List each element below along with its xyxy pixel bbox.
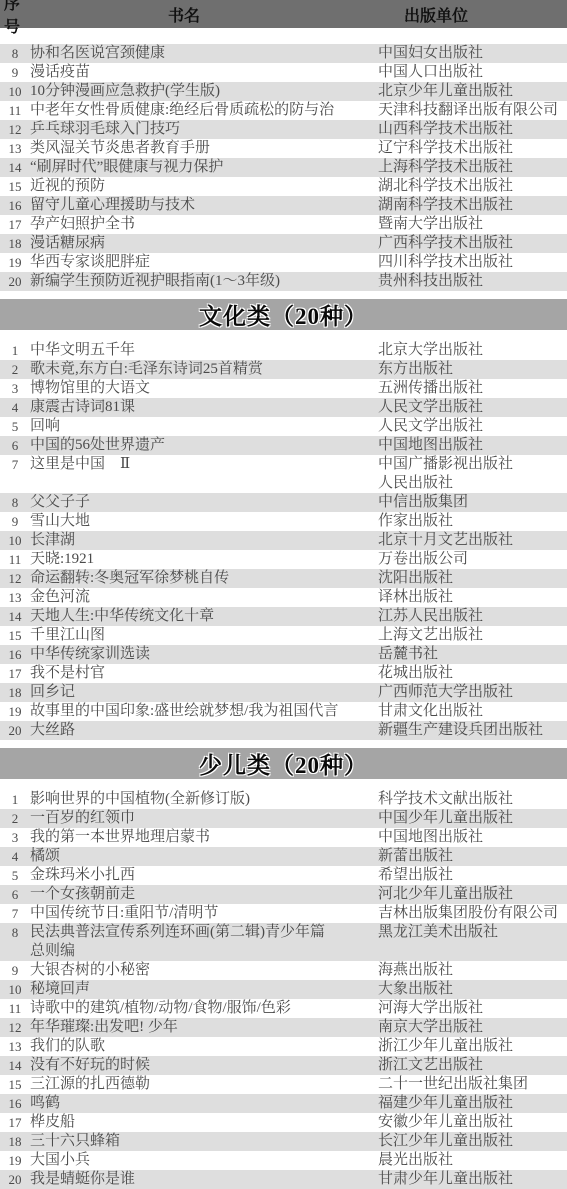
table-row: 8 父父子子 中信出版集团 bbox=[0, 493, 567, 512]
table-row: 12 乒乓球羽毛球入门技巧 山西科学技术出版社 bbox=[0, 120, 567, 139]
row-number: 15 bbox=[0, 177, 28, 196]
row-number: 20 bbox=[0, 272, 28, 291]
table-row: 6 一个女孩朝前走 河北少年儿童出版社 bbox=[0, 885, 567, 904]
book-title: 我们的队歌 bbox=[28, 1037, 378, 1056]
table-row: 17 我不是村官 花城出版社 bbox=[0, 664, 567, 683]
row-number: 9 bbox=[0, 961, 28, 980]
table-row: 1 中华文明五千年 北京大学出版社 bbox=[0, 341, 567, 360]
table-row: 12 命运翻转:冬奥冠军徐梦桃自传 沈阳出版社 bbox=[0, 569, 567, 588]
book-list-page: 序号 书名 出版单位 8 协和名医说宫颈健康 中国妇女出版社 9 漫话疫苗 中国… bbox=[0, 0, 567, 1189]
row-number: 17 bbox=[0, 664, 28, 683]
row-number: 11 bbox=[0, 999, 28, 1018]
row-number: 2 bbox=[0, 809, 28, 828]
row-number: 14 bbox=[0, 158, 28, 177]
table-row: 17 桦皮船 安徽少年儿童出版社 bbox=[0, 1113, 567, 1132]
table-row: 18 漫话糖尿病 广西科学技术出版社 bbox=[0, 234, 567, 253]
book-title: 金珠玛米小扎西 bbox=[28, 866, 378, 885]
publisher: 海燕出版社 bbox=[378, 961, 567, 980]
publisher: 南京大学出版社 bbox=[378, 1018, 567, 1037]
publisher: 北京少年儿童出版社 bbox=[378, 82, 567, 101]
table-row: 2 一百岁的红领巾 中国少年儿童出版社 bbox=[0, 809, 567, 828]
publisher: 上海文艺出版社 bbox=[378, 626, 567, 645]
publisher: 中国地图出版社 bbox=[378, 436, 567, 455]
publisher: 上海科学技术出版社 bbox=[378, 158, 567, 177]
book-title: 协和名医说宫颈健康 bbox=[28, 44, 378, 63]
table-row: 10 秘境回声 大象出版社 bbox=[0, 980, 567, 999]
table-row: 7 中国传统节日:重阳节/清明节 吉林出版集团股份有限公司 bbox=[0, 904, 567, 923]
table-row: 3 我的第一本世界地理启蒙书 中国地图出版社 bbox=[0, 828, 567, 847]
row-number: 2 bbox=[0, 360, 28, 379]
row-number: 3 bbox=[0, 379, 28, 398]
book-title: 故事里的中国印象:盛世绘就梦想/我为祖国代言 bbox=[28, 702, 378, 721]
table-row: 5 回响 人民文学出版社 bbox=[0, 417, 567, 436]
table-row: 1 影响世界的中国植物(全新修订版) 科学技术文献出版社 bbox=[0, 790, 567, 809]
book-title: 我的第一本世界地理启蒙书 bbox=[28, 828, 378, 847]
table-row: 8 民法典普法宣传系列连环画(第二辑)青少年篇总则编 黑龙江美术出版社 bbox=[0, 923, 567, 961]
publisher: 天津科技翻译出版有限公司 bbox=[378, 101, 567, 120]
book-title: 乒乓球羽毛球入门技巧 bbox=[28, 120, 378, 139]
publisher: 暨南大学出版社 bbox=[378, 215, 567, 234]
row-number: 8 bbox=[0, 493, 28, 512]
row-number: 17 bbox=[0, 215, 28, 234]
book-title: 回乡记 bbox=[28, 683, 378, 702]
table-row: 12 年华璀璨:出发吧! 少年 南京大学出版社 bbox=[0, 1018, 567, 1037]
table-row: 7 这里是中国 Ⅱ 中国广播影视出版社人民出版社 bbox=[0, 455, 567, 493]
book-title: 中老年女性骨质健康:绝经后骨质疏松的防与治 bbox=[28, 101, 378, 120]
publisher: 中信出版集团 bbox=[378, 493, 567, 512]
book-title: 天地人生:中华传统文化十章 bbox=[28, 607, 378, 626]
row-number: 19 bbox=[0, 1151, 28, 1170]
publisher: 吉林出版集团股份有限公司 bbox=[378, 904, 567, 923]
publisher: 译林出版社 bbox=[378, 588, 567, 607]
table-row: 10 长津湖 北京十月文艺出版社 bbox=[0, 531, 567, 550]
row-number: 7 bbox=[0, 904, 28, 923]
row-number: 13 bbox=[0, 139, 28, 158]
publisher: 大象出版社 bbox=[378, 980, 567, 999]
table-row: 18 回乡记 广西师范大学出版社 bbox=[0, 683, 567, 702]
book-title: 长津湖 bbox=[28, 531, 378, 550]
publisher: 甘肃少年儿童出版社 bbox=[378, 1170, 567, 1189]
row-number: 13 bbox=[0, 588, 28, 607]
book-title: 回响 bbox=[28, 417, 378, 436]
publisher: 中国少年儿童出版社 bbox=[378, 809, 567, 828]
book-title: 鸣鹤 bbox=[28, 1094, 378, 1113]
row-number: 17 bbox=[0, 1113, 28, 1132]
book-title: 华西专家谈肥胖症 bbox=[28, 253, 378, 272]
publisher: 贵州科技出版社 bbox=[378, 272, 567, 291]
book-title: “刷屏时代”眼健康与视力保护 bbox=[28, 158, 378, 177]
book-title: 一百岁的红领巾 bbox=[28, 809, 378, 828]
book-title: 民法典普法宣传系列连环画(第二辑)青少年篇总则编 bbox=[28, 923, 378, 961]
publisher: 河海大学出版社 bbox=[378, 999, 567, 1018]
publisher: 黑龙江美术出版社 bbox=[378, 923, 567, 942]
row-number: 6 bbox=[0, 885, 28, 904]
publisher: 中国地图出版社 bbox=[378, 828, 567, 847]
book-title: 秘境回声 bbox=[28, 980, 378, 999]
table-row: 15 千里江山图 上海文艺出版社 bbox=[0, 626, 567, 645]
publisher: 希望出版社 bbox=[378, 866, 567, 885]
publisher: 山西科学技术出版社 bbox=[378, 120, 567, 139]
row-number: 12 bbox=[0, 120, 28, 139]
publisher: 湖南科学技术出版社 bbox=[378, 196, 567, 215]
table-row: 11 中老年女性骨质健康:绝经后骨质疏松的防与治 天津科技翻译出版有限公司 bbox=[0, 101, 567, 120]
row-number: 6 bbox=[0, 436, 28, 455]
book-title: 诗歌中的建筑/植物/动物/食物/服饰/色彩 bbox=[28, 999, 378, 1018]
table-row: 15 三江源的扎西德勒 二十一世纪出版社集团 bbox=[0, 1075, 567, 1094]
row-number: 14 bbox=[0, 607, 28, 626]
row-number: 7 bbox=[0, 455, 28, 474]
row-number: 14 bbox=[0, 1056, 28, 1075]
publisher: 二十一世纪出版社集团 bbox=[378, 1075, 567, 1094]
table-row: 19 华西专家谈肥胖症 四川科学技术出版社 bbox=[0, 253, 567, 272]
book-title: 天晓:1921 bbox=[28, 550, 378, 569]
publisher: 湖北科学技术出版社 bbox=[378, 177, 567, 196]
row-number: 5 bbox=[0, 417, 28, 436]
book-title: 三十六只蜂箱 bbox=[28, 1132, 378, 1151]
table-row: 17 孕产妇照护全书 暨南大学出版社 bbox=[0, 215, 567, 234]
row-number: 19 bbox=[0, 253, 28, 272]
book-title: 一个女孩朝前走 bbox=[28, 885, 378, 904]
table-row: 20 新编学生预防近视护眼指南(1～3年级) 贵州科技出版社 bbox=[0, 272, 567, 291]
row-number: 18 bbox=[0, 683, 28, 702]
publisher: 辽宁科学技术出版社 bbox=[378, 139, 567, 158]
publisher: 浙江文艺出版社 bbox=[378, 1056, 567, 1075]
row-number: 1 bbox=[0, 790, 28, 809]
publisher: 万卷出版公司 bbox=[378, 550, 567, 569]
book-title: 漫话糖尿病 bbox=[28, 234, 378, 253]
publisher: 人民文学出版社 bbox=[378, 417, 567, 436]
column-header-publisher: 出版单位 bbox=[334, 3, 567, 26]
publisher: 福建少年儿童出版社 bbox=[378, 1094, 567, 1113]
row-number: 8 bbox=[0, 923, 28, 942]
table-row: 20 大丝路 新疆生产建设兵团出版社 bbox=[0, 721, 567, 740]
book-title: 父父子子 bbox=[28, 493, 378, 512]
table-row: 16 鸣鹤 福建少年儿童出版社 bbox=[0, 1094, 567, 1113]
book-title: 年华璀璨:出发吧! 少年 bbox=[28, 1018, 378, 1037]
book-title: 大丝路 bbox=[28, 721, 378, 740]
book-title: 中华传统家训选读 bbox=[28, 645, 378, 664]
book-title: 孕产妇照护全书 bbox=[28, 215, 378, 234]
table-row: 4 橘颂 新蕾出版社 bbox=[0, 847, 567, 866]
book-title: 这里是中国 Ⅱ bbox=[28, 455, 378, 474]
book-title: 橘颂 bbox=[28, 847, 378, 866]
book-title: 命运翻转:冬奥冠军徐梦桃自传 bbox=[28, 569, 378, 588]
table-row: 11 诗歌中的建筑/植物/动物/食物/服饰/色彩 河海大学出版社 bbox=[0, 999, 567, 1018]
publisher: 新疆生产建设兵团出版社 bbox=[378, 721, 567, 740]
book-title: 桦皮船 bbox=[28, 1113, 378, 1132]
row-number: 20 bbox=[0, 721, 28, 740]
table-header: 序号 书名 出版单位 bbox=[0, 0, 567, 28]
table-body: 8 协和名医说宫颈健康 中国妇女出版社 9 漫话疫苗 中国人口出版社 10 10… bbox=[0, 44, 567, 1189]
row-number: 12 bbox=[0, 1018, 28, 1037]
table-row: 18 三十六只蜂箱 长江少年儿童出版社 bbox=[0, 1132, 567, 1151]
book-title: 歌未竟,东方白:毛泽东诗词25首精赏 bbox=[28, 360, 378, 379]
section-title: 文化类（20种） bbox=[199, 298, 368, 331]
book-title: 我是蜻蜓你是谁 bbox=[28, 1170, 378, 1189]
column-header-number: 序号 bbox=[0, 0, 34, 37]
table-row: 9 漫话疫苗 中国人口出版社 bbox=[0, 63, 567, 82]
table-row: 2 歌未竟,东方白:毛泽东诗词25首精赏 东方出版社 bbox=[0, 360, 567, 379]
publisher: 五洲传播出版社 bbox=[378, 379, 567, 398]
row-number: 12 bbox=[0, 569, 28, 588]
table-row: 11 天晓:1921 万卷出版公司 bbox=[0, 550, 567, 569]
row-number: 16 bbox=[0, 645, 28, 664]
publisher: 北京大学出版社 bbox=[378, 341, 567, 360]
table-row: 19 故事里的中国印象:盛世绘就梦想/我为祖国代言 甘肃文化出版社 bbox=[0, 702, 567, 721]
row-number: 10 bbox=[0, 82, 28, 101]
row-number: 4 bbox=[0, 398, 28, 417]
section-header-band: 少儿类（20种） bbox=[0, 748, 567, 779]
row-number: 9 bbox=[0, 63, 28, 82]
publisher: 晨光出版社 bbox=[378, 1151, 567, 1170]
book-title: 影响世界的中国植物(全新修订版) bbox=[28, 790, 378, 809]
book-title: 漫话疫苗 bbox=[28, 63, 378, 82]
publisher: 作家出版社 bbox=[378, 512, 567, 531]
table-row: 16 留守儿童心理援助与技术 湖南科学技术出版社 bbox=[0, 196, 567, 215]
publisher: 花城出版社 bbox=[378, 664, 567, 683]
table-row: 15 近视的预防 湖北科学技术出版社 bbox=[0, 177, 567, 196]
book-title: 金色河流 bbox=[28, 588, 378, 607]
row-number: 1 bbox=[0, 341, 28, 360]
book-title: 没有不好玩的时候 bbox=[28, 1056, 378, 1075]
book-title: 类风湿关节炎患者教育手册 bbox=[28, 139, 378, 158]
publisher: 四川科学技术出版社 bbox=[378, 253, 567, 272]
table-row: 14 没有不好玩的时候 浙江文艺出版社 bbox=[0, 1056, 567, 1075]
book-title: 中华文明五千年 bbox=[28, 341, 378, 360]
publisher: 人民文学出版社 bbox=[378, 398, 567, 417]
row-number: 9 bbox=[0, 512, 28, 531]
table-row: 6 中国的56处世界遗产 中国地图出版社 bbox=[0, 436, 567, 455]
table-row: 9 大银杏树的小秘密 海燕出版社 bbox=[0, 961, 567, 980]
publisher: 安徽少年儿童出版社 bbox=[378, 1113, 567, 1132]
book-title: 大国小兵 bbox=[28, 1151, 378, 1170]
book-title: 新编学生预防近视护眼指南(1～3年级) bbox=[28, 272, 378, 291]
publisher: 北京十月文艺出版社 bbox=[378, 531, 567, 550]
book-title: 中国传统节日:重阳节/清明节 bbox=[28, 904, 378, 923]
row-number: 18 bbox=[0, 1132, 28, 1151]
publisher: 广西师范大学出版社 bbox=[378, 683, 567, 702]
row-number: 5 bbox=[0, 866, 28, 885]
book-title: 康震古诗词81课 bbox=[28, 398, 378, 417]
section-title: 少儿类（20种） bbox=[199, 747, 368, 780]
publisher: 浙江少年儿童出版社 bbox=[378, 1037, 567, 1056]
row-number: 15 bbox=[0, 1075, 28, 1094]
publisher: 沈阳出版社 bbox=[378, 569, 567, 588]
table-row: 14 “刷屏时代”眼健康与视力保护 上海科学技术出版社 bbox=[0, 158, 567, 177]
column-header-title: 书名 bbox=[34, 3, 334, 26]
table-row: 9 雪山大地 作家出版社 bbox=[0, 512, 567, 531]
table-row: 8 协和名医说宫颈健康 中国妇女出版社 bbox=[0, 44, 567, 63]
publisher: 东方出版社 bbox=[378, 360, 567, 379]
table-row: 13 金色河流 译林出版社 bbox=[0, 588, 567, 607]
book-title: 10分钟漫画应急救护(学生版) bbox=[28, 82, 378, 101]
table-row: 13 我们的队歌 浙江少年儿童出版社 bbox=[0, 1037, 567, 1056]
publisher: 江苏人民出版社 bbox=[378, 607, 567, 626]
row-number: 3 bbox=[0, 828, 28, 847]
book-title: 大银杏树的小秘密 bbox=[28, 961, 378, 980]
row-number: 13 bbox=[0, 1037, 28, 1056]
publisher: 河北少年儿童出版社 bbox=[378, 885, 567, 904]
book-title: 博物馆里的大语文 bbox=[28, 379, 378, 398]
row-number: 19 bbox=[0, 702, 28, 721]
book-title: 雪山大地 bbox=[28, 512, 378, 531]
book-title: 千里江山图 bbox=[28, 626, 378, 645]
publisher: 长江少年儿童出版社 bbox=[378, 1132, 567, 1151]
row-number: 18 bbox=[0, 234, 28, 253]
table-row: 14 天地人生:中华传统文化十章 江苏人民出版社 bbox=[0, 607, 567, 626]
publisher: 甘肃文化出版社 bbox=[378, 702, 567, 721]
publisher: 中国人口出版社 bbox=[378, 63, 567, 82]
section-header-band: 文化类（20种） bbox=[0, 299, 567, 330]
book-title: 三江源的扎西德勒 bbox=[28, 1075, 378, 1094]
publisher: 中国妇女出版社 bbox=[378, 44, 567, 63]
publisher: 广西科学技术出版社 bbox=[378, 234, 567, 253]
book-title: 中国的56处世界遗产 bbox=[28, 436, 378, 455]
publisher: 科学技术文献出版社 bbox=[378, 790, 567, 809]
table-row: 13 类风湿关节炎患者教育手册 辽宁科学技术出版社 bbox=[0, 139, 567, 158]
book-title: 近视的预防 bbox=[28, 177, 378, 196]
table-row: 10 10分钟漫画应急救护(学生版) 北京少年儿童出版社 bbox=[0, 82, 567, 101]
book-title: 留守儿童心理援助与技术 bbox=[28, 196, 378, 215]
table-row: 19 大国小兵 晨光出版社 bbox=[0, 1151, 567, 1170]
table-row: 3 博物馆里的大语文 五洲传播出版社 bbox=[0, 379, 567, 398]
row-number: 20 bbox=[0, 1170, 28, 1189]
table-row: 16 中华传统家训选读 岳麓书社 bbox=[0, 645, 567, 664]
row-number: 10 bbox=[0, 531, 28, 550]
row-number: 16 bbox=[0, 1094, 28, 1113]
row-number: 8 bbox=[0, 44, 28, 63]
row-number: 15 bbox=[0, 626, 28, 645]
row-number: 11 bbox=[0, 550, 28, 569]
table-row: 20 我是蜻蜓你是谁 甘肃少年儿童出版社 bbox=[0, 1170, 567, 1189]
table-row: 4 康震古诗词81课 人民文学出版社 bbox=[0, 398, 567, 417]
row-number: 11 bbox=[0, 101, 28, 120]
row-number: 10 bbox=[0, 980, 28, 999]
table-row: 5 金珠玛米小扎西 希望出版社 bbox=[0, 866, 567, 885]
book-title: 我不是村官 bbox=[28, 664, 378, 683]
row-number: 4 bbox=[0, 847, 28, 866]
publisher: 中国广播影视出版社人民出版社 bbox=[378, 455, 567, 493]
publisher: 岳麓书社 bbox=[378, 645, 567, 664]
row-number: 16 bbox=[0, 196, 28, 215]
publisher: 新蕾出版社 bbox=[378, 847, 567, 866]
